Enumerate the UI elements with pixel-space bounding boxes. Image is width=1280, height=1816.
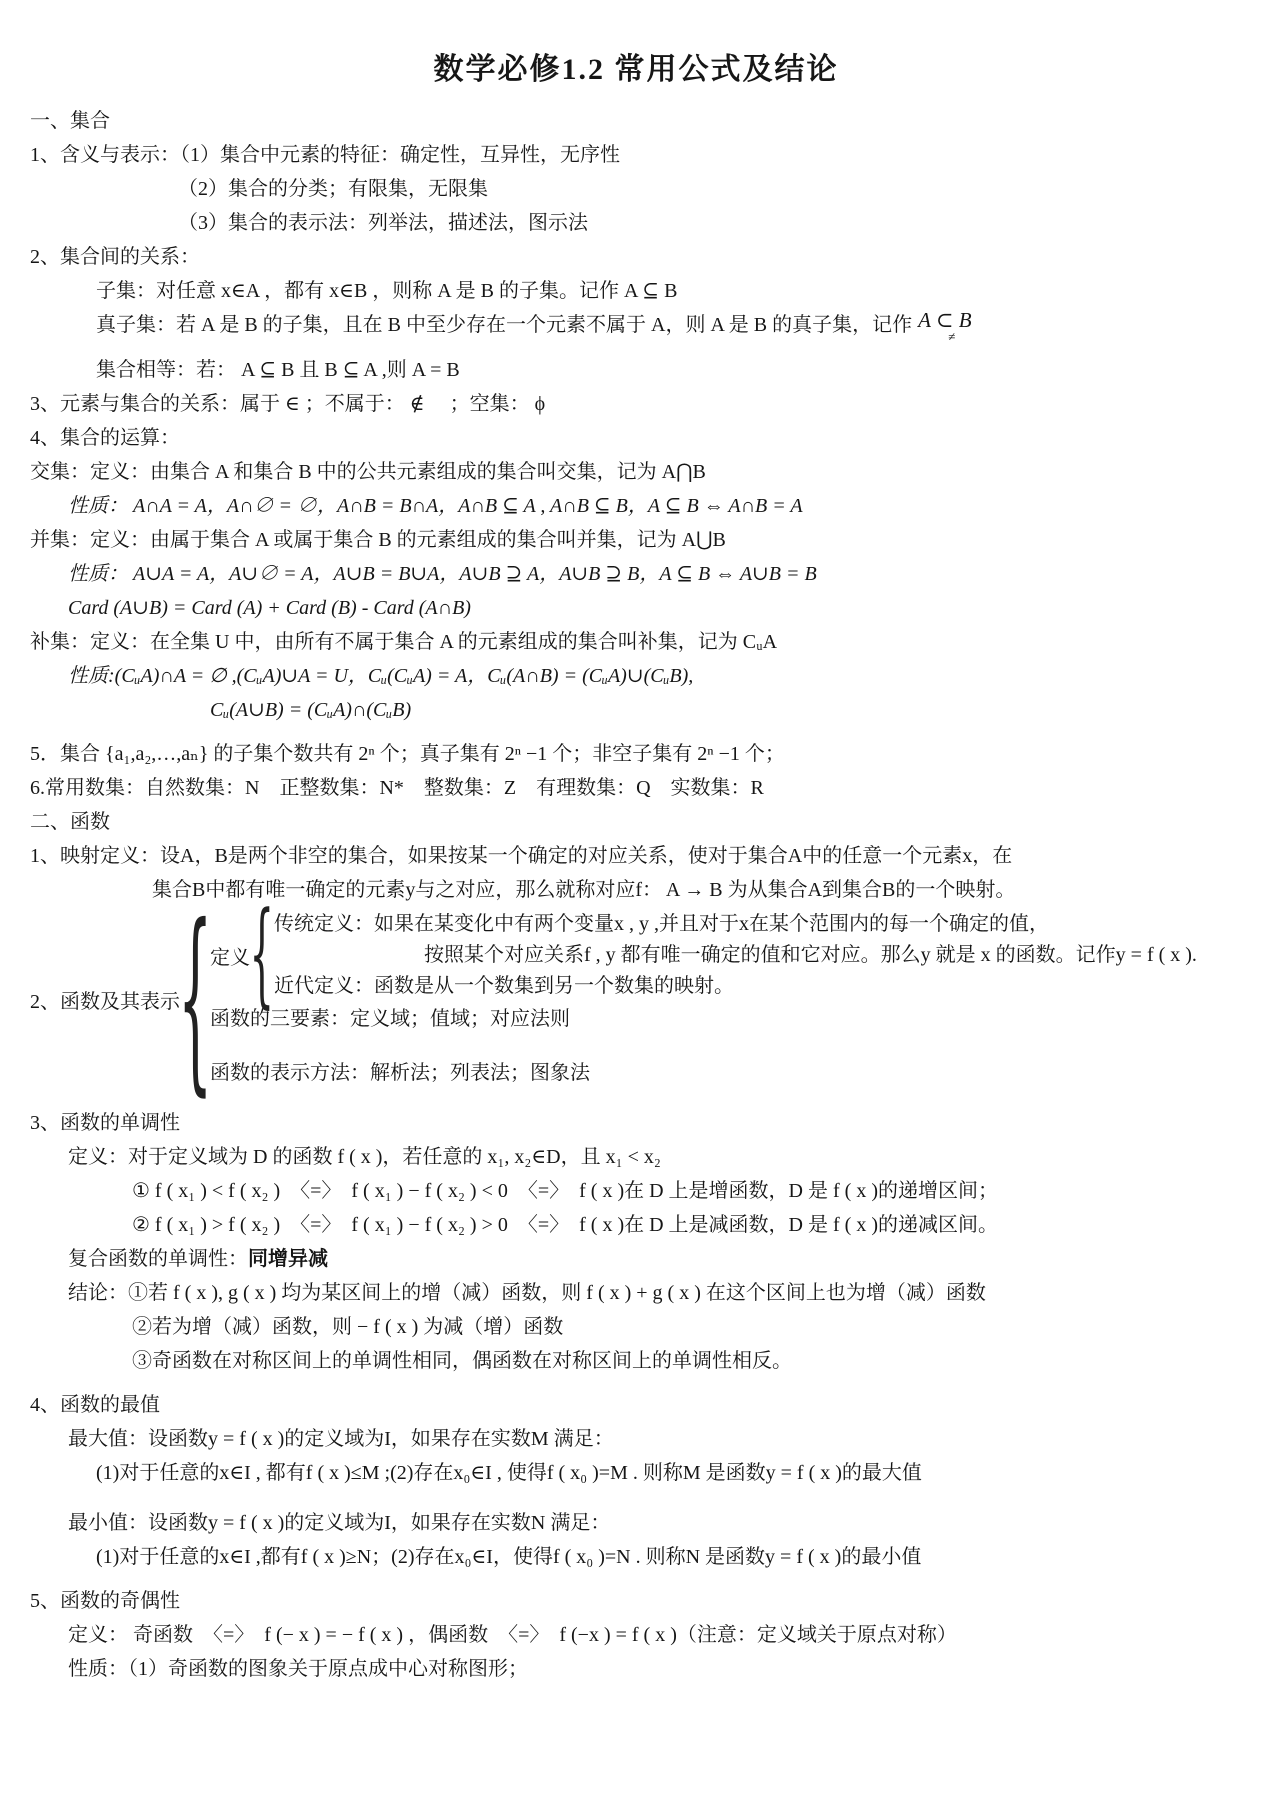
- line-membership: 3、元素与集合的关系：属于 ∈ ；不属于： ∉ ；空集： ϕ: [0, 387, 1272, 421]
- function-representation-label: 2、函数及其表示: [0, 985, 180, 1014]
- line-mono-def: 定义：对于定义域为 D 的函数 f ( x )，若任意的 x₁, x₂∈D，且 …: [0, 1140, 1272, 1174]
- definition-row: 定义 传统定义：如果在某变化中有两个变量x , y ,并且对于x在某个范围内的每…: [210, 909, 1197, 1002]
- line-mono2: ② f ( x₁ ) > f ( x₂ ) 〈=〉 f ( x₁ ) − f (…: [0, 1208, 1272, 1242]
- line-parity-def: 定义： 奇函数 〈=〉 f (− x ) = − f ( x ) ，偶函数 〈=…: [0, 1618, 1272, 1652]
- line-operations: 4、集合的运算：: [0, 421, 1272, 455]
- line-complement-props2: Cᵤ(A∪B) = (CᵤA)∩(CᵤB): [0, 693, 1272, 727]
- line-conclusion3: ③奇函数在对称区间上的单调性相同，偶函数在对称区间上的单调性相反。: [0, 1344, 1272, 1378]
- line-union-props: 性质： A∪A = A，A∪∅ = A，A∪B = B∪A，A∪B ⊇ A，A∪…: [0, 557, 1272, 591]
- composite-label: 复合函数的单调性：: [68, 1248, 248, 1270]
- line-sets-meaning2: （2）集合的分类；有限集，无限集: [0, 172, 1272, 206]
- composite-rule: 同增异减: [248, 1248, 328, 1270]
- line-composite: 复合函数的单调性：同增异减: [0, 1242, 1272, 1276]
- page-title: 数学必修1.2 常用公式及结论: [0, 44, 1272, 88]
- section-sets-heading: 一、集合: [0, 104, 1272, 138]
- line-complement-props1: 性质:(CᵤA)∩A = ∅ ,(CᵤA)∪A = U，Cᵤ(CᵤA) = A，…: [0, 659, 1272, 693]
- left-brace-outer-icon: [180, 930, 210, 1069]
- line-conclusion1: 结论：①若 f ( x ), g ( x ) 均为某区间上的增（减）函数，则 f…: [0, 1276, 1272, 1310]
- line-rep-methods: 函数的表示方法：解析法；列表法；图象法: [210, 1056, 1197, 1090]
- proper-subset-text: 真子集：若 A 是 B 的子集，且在 B 中至少存在一个元素不属于 A，则 A …: [96, 314, 912, 336]
- line-subset: 子集：对任意 x∈A ，都有 x∈B ，则称 A 是 B 的子集。记作 A ⊆ …: [0, 274, 1272, 308]
- function-representation-block: 2、函数及其表示 定义 传统定义：如果在某变化中有两个变量x , y ,并且对于…: [0, 909, 1272, 1090]
- line-max2: (1)对于任意的x∈I , 都有f ( x )≤M ;(2)存在x₀∈I , 使…: [0, 1456, 1272, 1490]
- line-number-sets: 6.常用数集：自然数集：N 正整数集：N* 整数集：Z 有理数集：Q 实数集：R: [0, 771, 1272, 805]
- line-complement-def: 补集：定义：在全集 U 中，由所有不属于集合 A 的元素组成的集合叫补集，记为 …: [0, 625, 1272, 659]
- line-min1: 最小值：设函数y = f ( x )的定义域为I，如果存在实数N 满足：: [0, 1506, 1272, 1540]
- line-mapping1: 1、映射定义：设A，B是两个非空的集合，如果按某一个确定的对应关系，使对于集合A…: [0, 839, 1272, 873]
- line-parity-prop: 性质：（1）奇函数的图象关于原点成中心对称图形；: [0, 1652, 1272, 1686]
- section-functions-heading: 二、函数: [0, 805, 1272, 839]
- proper-subset-symbol: A ⊂ B≠: [918, 310, 971, 343]
- line-mono1: ① f ( x₁ ) < f ( x₂ ) 〈=〉 f ( x₁ ) − f (…: [0, 1174, 1272, 1208]
- line-sets-meaning3: （3）集合的表示法：列举法，描述法，图示法: [0, 206, 1272, 240]
- line-intersection-def: 交集：定义：由集合 A 和集合 B 中的公共元素组成的集合叫交集，记为 A⋂B: [0, 455, 1272, 489]
- line-parity: 5、函数的奇偶性: [0, 1584, 1272, 1618]
- line-sets-meaning: 1、含义与表示：（1）集合中元素的特征：确定性，互异性，无序性: [0, 138, 1272, 172]
- line-max1: 最大值：设函数y = f ( x )的定义域为I，如果存在实数M 满足：: [0, 1422, 1272, 1456]
- line-card-formula: Card (A∪B) = Card (A) + Card (B) - Card …: [0, 591, 1272, 625]
- line-conclusion2: ②若为增（减）函数，则 − f ( x ) 为减（增）函数: [0, 1310, 1272, 1344]
- line-set-equal: 集合相等：若： A ⊆ B 且 B ⊆ A ,则 A = B: [0, 353, 1272, 387]
- line-def-traditional2: 按照某个对应关系f , y 都有唯一确定的值和它对应。那么y 就是 x 的函数。…: [274, 940, 1197, 971]
- line-extrema: 4、函数的最值: [0, 1388, 1272, 1422]
- line-intersection-props: 性质： A∩A = A，A∩∅ = ∅，A∩B = B∩A，A∩B ⊆ A , …: [0, 489, 1272, 523]
- line-subset-count: 5．集合 {a₁,a₂,…,aₙ} 的子集个数共有 2ⁿ 个；真子集有 2ⁿ −…: [0, 737, 1272, 771]
- definition-label: 定义: [210, 941, 250, 970]
- line-union-def: 并集：定义：由属于集合 A 或属于集合 B 的元素组成的集合叫并集，记为 A⋃B: [0, 523, 1272, 557]
- document-page: 数学必修1.2 常用公式及结论 一、集合 1、含义与表示：（1）集合中元素的特征…: [0, 0, 1280, 1816]
- line-three-elements: 函数的三要素：定义域；值域；对应法则: [210, 1002, 1197, 1036]
- line-def-modern: 近代定义：函数是从一个数集到另一个数集的映射。: [274, 971, 1197, 1002]
- line-proper-subset: 真子集：若 A 是 B 的子集，且在 B 中至少存在一个元素不属于 A，则 A …: [0, 308, 1272, 343]
- line-min2: (1)对于任意的x∈I ,都有f ( x )≥N；(2)存在x₀∈I，使得f (…: [0, 1540, 1272, 1574]
- left-brace-inner-icon: [250, 910, 274, 1000]
- line-def-traditional1: 传统定义：如果在某变化中有两个变量x , y ,并且对于x在某个范围内的每一个确…: [274, 909, 1197, 940]
- line-sets-relations: 2、集合间的关系：: [0, 240, 1272, 274]
